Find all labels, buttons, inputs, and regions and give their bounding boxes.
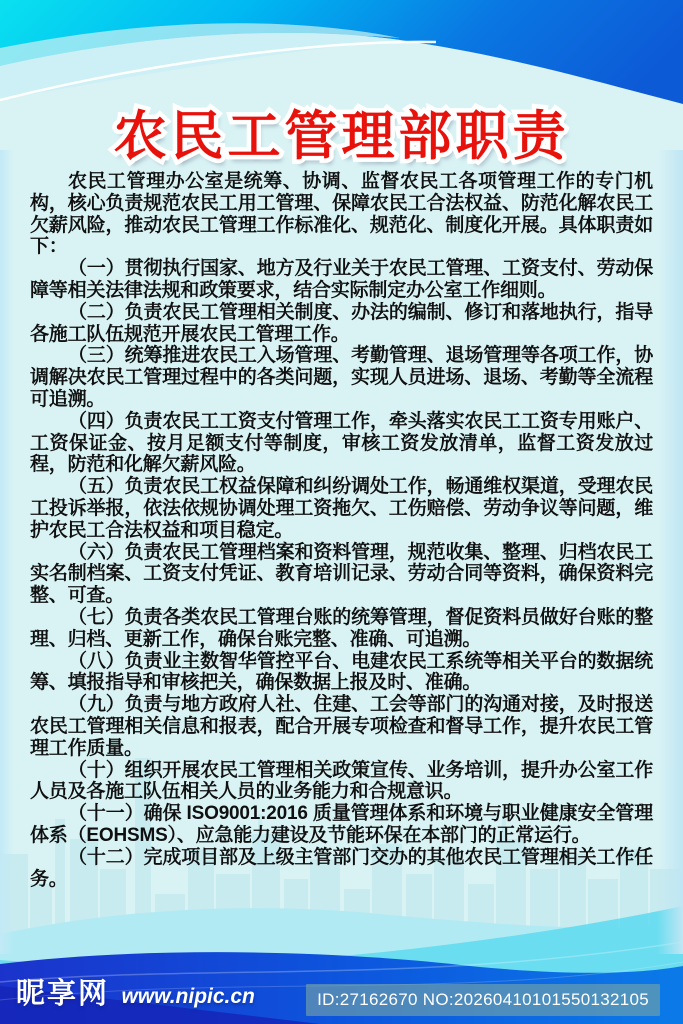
duty-item-3: （三）统筹推进农民工入场管理、考勤管理、退场管理等各项工作，协调解决农民工管理过… (30, 345, 653, 410)
duty-item-7: （七）负责各类农民工管理台账的统筹管理，督促资料员做好台账的整理、归档、更新工作… (30, 607, 653, 651)
duty-item-4: （四）负责农民工工资支付管理工作，牵头落实农民工工资专用账户、工资保证金、按月足… (30, 411, 653, 476)
nipic-watermark: 昵享网 www.nipic.cn (16, 971, 255, 1012)
nipic-url-text: www.nipic.cn (121, 985, 254, 1008)
intro-paragraph: 农民工管理办公室是统筹、协调、监督农民工各项管理工作的专门机构，核心负责规范农民… (30, 171, 653, 258)
duty-item-10: （十）组织开展农民工管理相关政策宣传、业务培训，提升办公室工作人员及各施工队伍相… (30, 760, 653, 804)
responsibility-poster: 农民工管理部职责 农民工管理部职责 农民工管理办公室是统筹、协调、监督农民工各项… (0, 0, 683, 1024)
page-title-text: 农民工管理部职责 (0, 94, 683, 170)
duty-item-6: （六）负责农民工管理档案和资料管理，规范收集、整理、归档农民工实名制档案、工资支… (30, 542, 653, 607)
page-title: 农民工管理部职责 农民工管理部职责 (0, 94, 683, 164)
nipic-logo-text: 昵享网 (16, 978, 109, 1010)
duty-item-8: （八）负责业主数智华管控平台、电建农民工系统等相关平台的数据统筹、填报指导和审核… (30, 651, 653, 695)
duty-item-12: （十二）完成项目部及上级主管部门交办的其他农民工管理相关工作任务。 (30, 847, 653, 891)
duties-text-block: 农民工管理办公室是统筹、协调、监督农民工各项管理工作的专门机构，核心负责规范农民… (30, 171, 653, 890)
duty-item-1: （一）贯彻执行国家、地方及行业关于农民工管理、工资支付、劳动保障等相关法律法规和… (30, 258, 653, 302)
duty-item-11: （十一）确保 ISO9001:2016 质量管理体系和环境与职业健康安全管理体系… (30, 803, 653, 847)
duty-item-2: （二）负责农民工管理相关制度、办法的编制、修订和落地执行，指导各施工队伍规范开展… (30, 302, 653, 346)
right-edge-tint (657, 150, 683, 954)
duty-item-9: （九）负责与地方政府人社、住建、工会等部门的沟通对接，及时报送农民工管理相关信息… (30, 694, 653, 759)
duty-item-5: （五）负责农民工权益保障和纠纷调处工作，畅通维权渠道，受理农民工投诉举报，依法依… (30, 476, 653, 541)
image-id-badge: ID:27162670 NO:20260410101550132105 (306, 984, 660, 1016)
left-edge-tint (0, 150, 14, 954)
